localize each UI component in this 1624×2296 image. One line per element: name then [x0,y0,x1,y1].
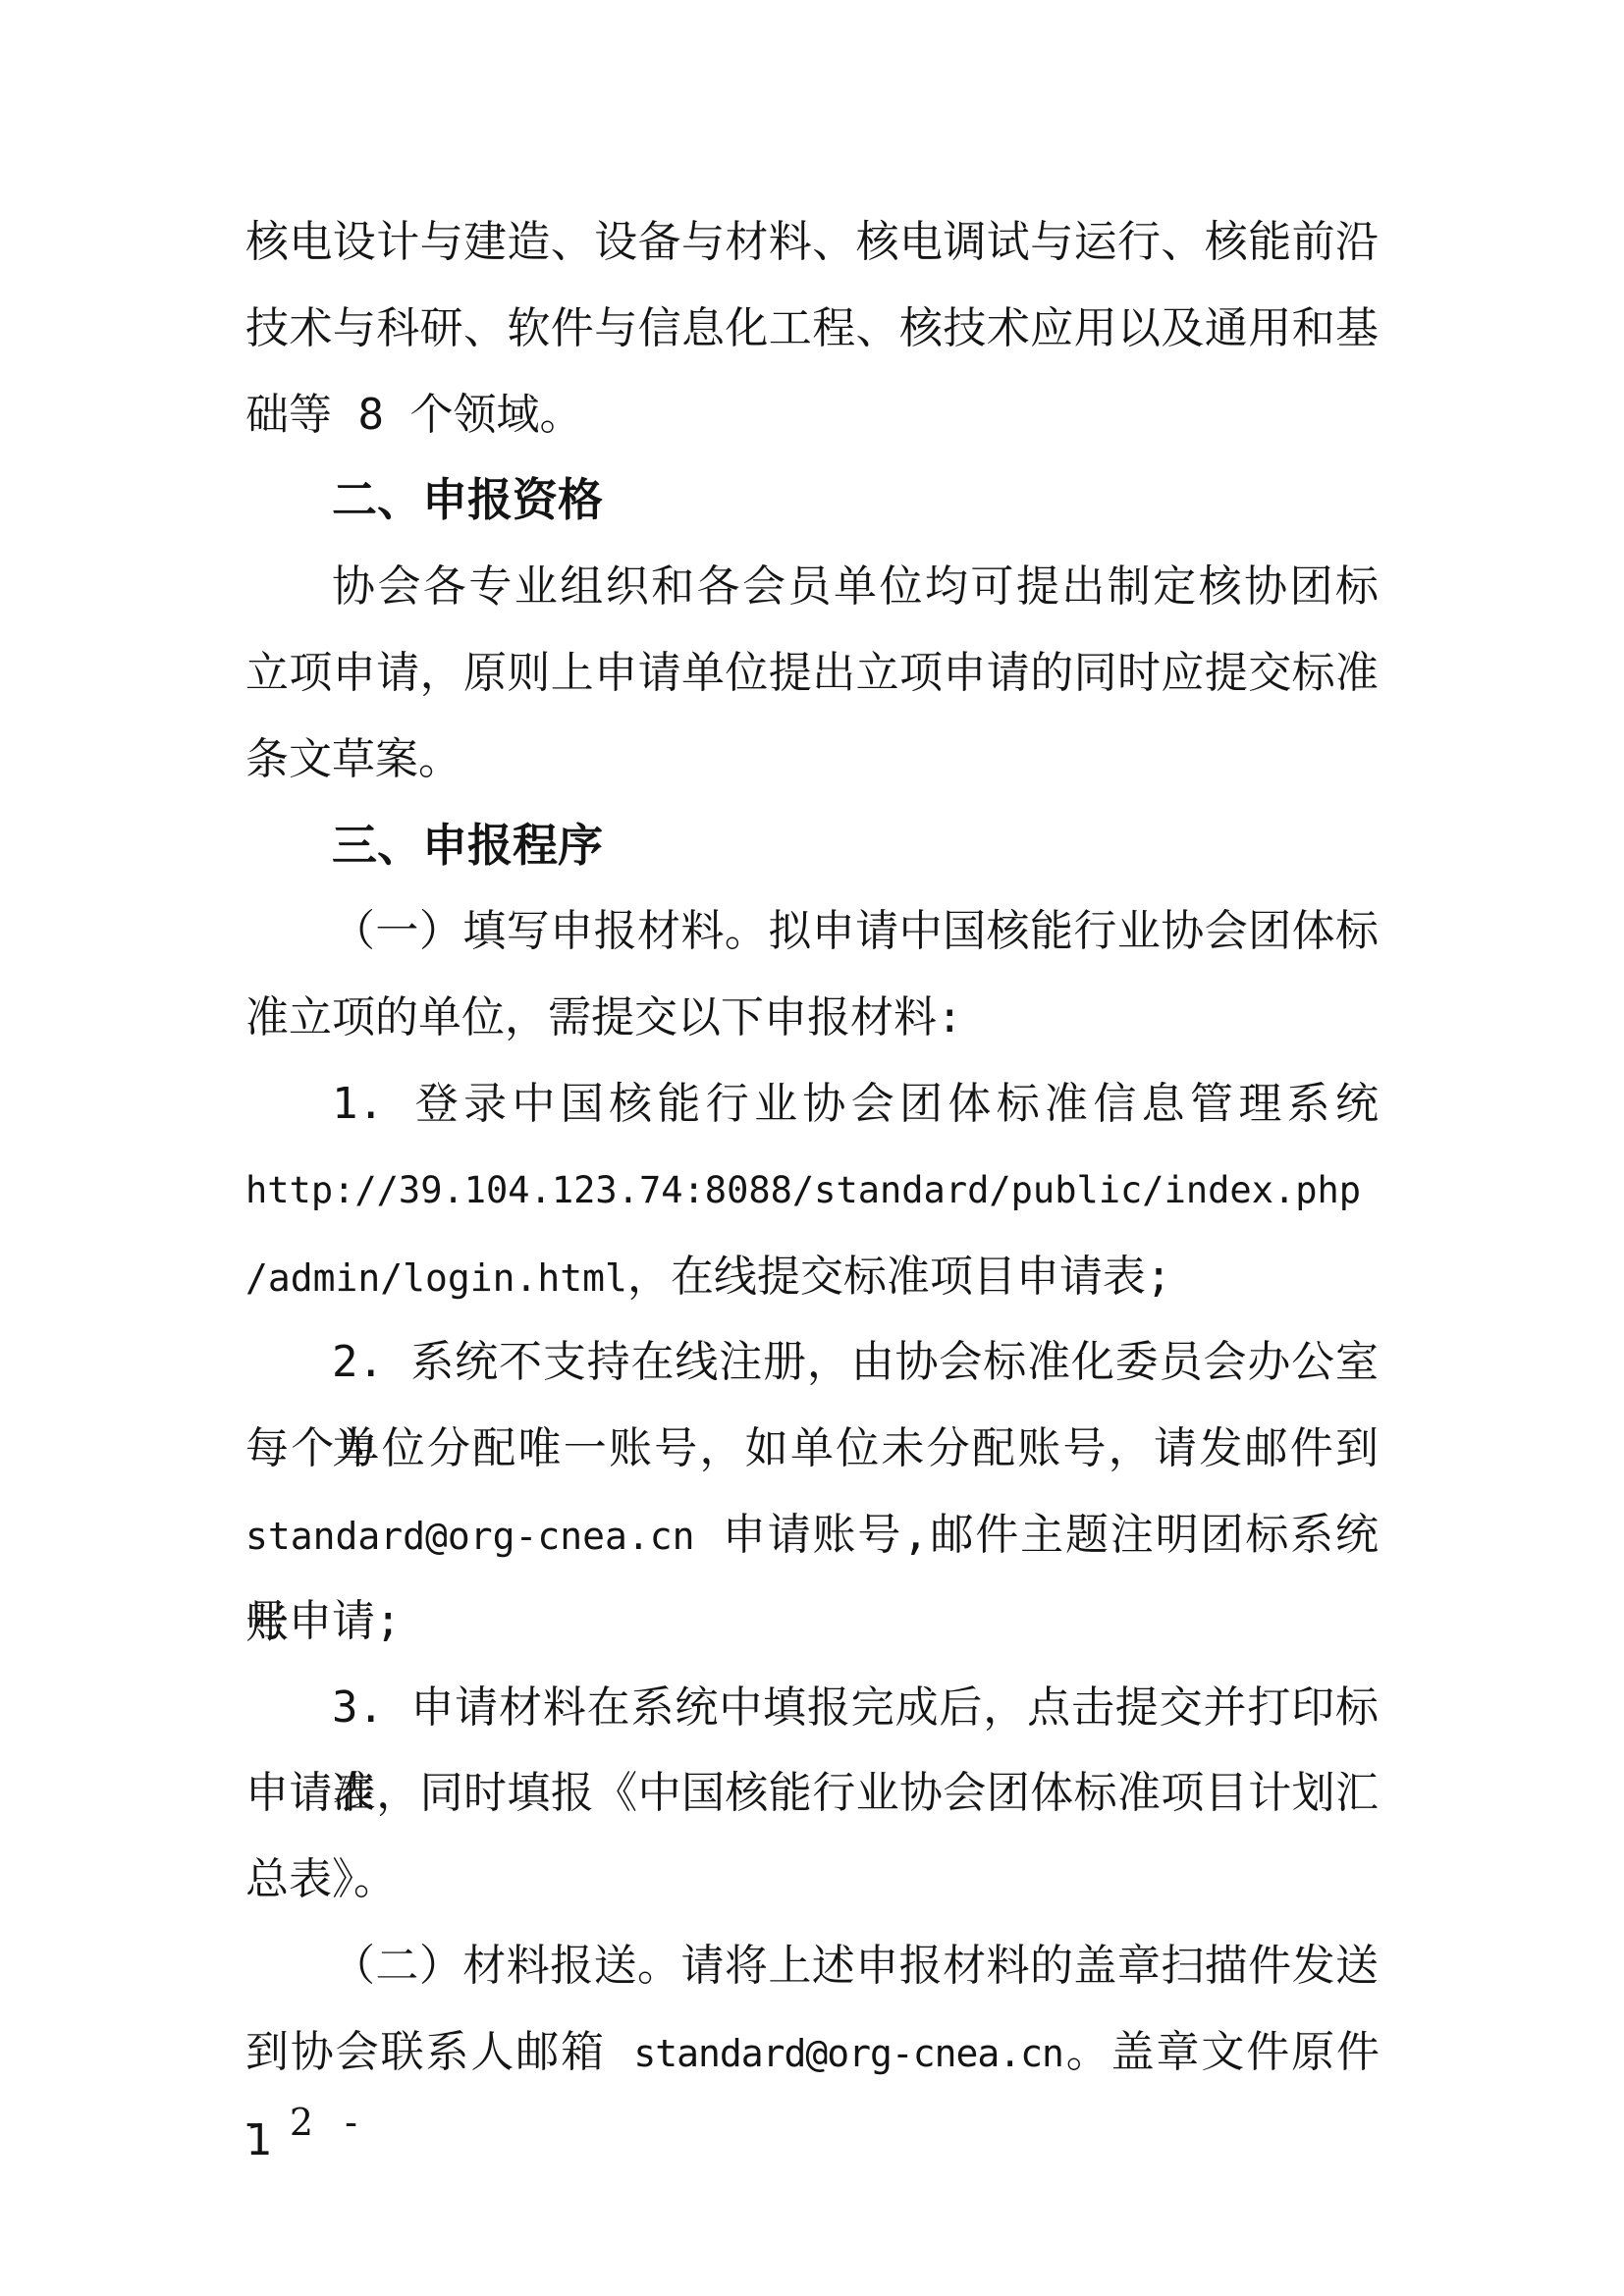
para-line: 立项申请，原则上申请单位提出立项申请的同时应提交标准 [245,630,1379,717]
para-line: 总表》。 [245,1837,1379,1923]
url-path-text: /admin/login.html [245,1256,627,1300]
para-line: 号申请; [245,1578,1379,1665]
para-line-item-3: 3. 申请材料在系统中填报完成后，点击提交并打印标准 [245,1665,1379,1751]
email-text: standard@org-cnea.cn [633,2032,1063,2075]
document-body: 核电设计与建造、设备与材料、核电调试与运行、核能前沿 技术与科研、软件与信息化工… [245,0,1379,2096]
submission-email-line: 到协会联系人邮箱 standard@org-cnea.cn。盖章文件原件 1 [245,2009,1379,2096]
system-url-line: http://39.104.123.74:8088/standard/publi… [245,1148,1379,1234]
para-line-text: ，在线提交标准项目申请表; [627,1252,1172,1302]
para-line: 条文草案。 [245,717,1379,803]
para-line: 申请表，同时填报《中国核能行业协会团体标准项目计划汇 [245,1750,1379,1837]
para-line: （二）材料报送。请将上述申报材料的盖章扫描件发送 [245,1923,1379,2009]
heading-section-2: 二、申报资格 [245,457,1379,544]
para-line-item-2: 2. 系统不支持在线注册，由协会标准化委员会办公室为 [245,1319,1379,1406]
contact-email-line: standard@org-cnea.cn 申请账号,邮件主题注明团标系统账 [245,1492,1379,1578]
para-line: 核电设计与建造、设备与材料、核电调试与运行、核能前沿 [245,199,1379,286]
para-line: 每个单位分配唯一账号，如单位未分配账号，请发邮件到 [245,1406,1379,1492]
para-line: （一）填写申报材料。拟申请中国核能行业协会团体标 [245,888,1379,975]
system-url-line-continued: /admin/login.html，在线提交标准项目申请表; [245,1234,1379,1320]
para-line-text: 到协会联系人邮箱 [245,2027,633,2077]
para-line: 准立项的单位，需提交以下申报材料: [245,975,1379,1061]
para-line: 础等 8 个领域。 [245,372,1379,458]
heading-section-3: 三、申报程序 [245,803,1379,889]
page-number: - 2 - [245,2099,367,2146]
para-line: 协会各专业组织和各会员单位均可提出制定核协团标 [245,544,1379,630]
para-line-item-1: 1. 登录中国核能行业协会团体标准信息管理系统 [245,1061,1379,1148]
email-text: standard@org-cnea.cn [245,1515,695,1558]
para-line: 技术与科研、软件与信息化工程、核技术应用以及通用和基 [245,286,1379,372]
document-page: 核电设计与建造、设备与材料、核电调试与运行、核能前沿 技术与科研、软件与信息化工… [0,0,1624,2296]
